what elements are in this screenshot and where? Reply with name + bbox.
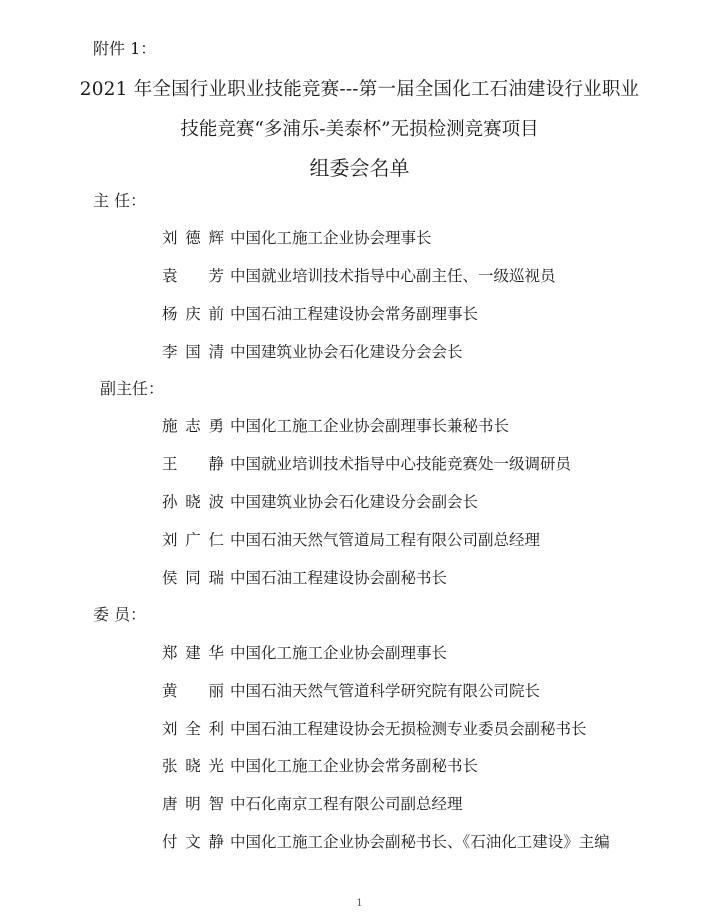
member-name: 孙晓波 <box>162 490 224 512</box>
document-title-line1: 2021 年全国行业职业技能竞赛---第一届全国化工石油建设行业职业 <box>0 75 719 101</box>
member-row: 杨庆前 中国石油工程建设协会常务副理事长 <box>0 302 719 322</box>
member-title: 中国石油天然气管道科学研究院有限公司院长 <box>230 679 540 701</box>
member-title: 中国化工施工企业协会副理事长 <box>230 641 447 663</box>
member-title: 中国石油工程建设协会常务副理事长 <box>230 302 478 324</box>
member-title: 中国建筑业协会石化建设分会会长 <box>230 340 463 362</box>
member-row: 袁 芳 中国就业培训技术指导中心副主任、一级巡视员 <box>0 264 719 284</box>
member-name: 施志勇 <box>162 414 224 436</box>
member-row: 张晓光 中国化工施工企业协会常务副秘书长 <box>0 754 719 774</box>
member-row: 刘全利 中国石油工程建设协会无损检测专业委员会副秘书长 <box>0 717 719 737</box>
member-title: 中国建筑业协会石化建设分会副会长 <box>230 490 478 512</box>
member-row: 付文静 中国化工施工企业协会副秘书长、《石油化工建设》主编 <box>0 830 719 850</box>
member-title: 中国石油工程建设协会无损检测专业委员会副秘书长 <box>230 717 587 739</box>
member-row: 唐明智 中石化南京工程有限公司副总经理 <box>0 792 719 812</box>
member-title: 中国化工施工企业协会理事长 <box>230 226 432 248</box>
document-subtitle: 组委会名单 <box>0 152 719 181</box>
member-title: 中国化工施工企业协会副理事长兼秘书长 <box>230 414 509 436</box>
section-label-deputy-director: 副主任： <box>100 376 164 399</box>
member-title: 中国就业培训技术指导中心副主任、一级巡视员 <box>230 264 556 286</box>
section-label-director: 主 任： <box>93 188 146 211</box>
member-row: 孙晓波 中国建筑业协会石化建设分会副会长 <box>0 490 719 510</box>
member-name: 李国清 <box>162 340 224 362</box>
member-name: 郑建华 <box>162 641 224 663</box>
member-row: 侯同瑞 中国石油工程建设协会副秘书长 <box>0 566 719 586</box>
member-name: 张晓光 <box>162 754 224 776</box>
member-title: 中国石油工程建设协会副秘书长 <box>230 566 447 588</box>
member-title: 中国化工施工企业协会常务副秘书长 <box>230 754 478 776</box>
member-name: 唐明智 <box>162 792 224 814</box>
member-title: 中国就业培训技术指导中心技能竞赛处一级调研员 <box>230 452 571 474</box>
member-name: 侯同瑞 <box>162 566 224 588</box>
member-row: 王 静 中国就业培训技术指导中心技能竞赛处一级调研员 <box>0 452 719 472</box>
member-row: 黄 丽 中国石油天然气管道科学研究院有限公司院长 <box>0 679 719 699</box>
member-row: 李国清 中国建筑业协会石化建设分会会长 <box>0 340 719 360</box>
member-title: 中石化南京工程有限公司副总经理 <box>230 792 463 814</box>
member-name: 刘德辉 <box>162 226 224 248</box>
member-title: 中国石油天然气管道局工程有限公司副总经理 <box>230 528 540 550</box>
member-row: 刘德辉 中国化工施工企业协会理事长 <box>0 226 719 246</box>
member-name: 袁 芳 <box>162 264 224 286</box>
member-name: 杨庆前 <box>162 302 224 324</box>
member-name: 王 静 <box>162 452 224 474</box>
member-name: 付文静 <box>162 830 224 852</box>
member-row: 郑建华 中国化工施工企业协会副理事长 <box>0 641 719 661</box>
member-row: 施志勇 中国化工施工企业协会副理事长兼秘书长 <box>0 414 719 434</box>
member-title: 中国化工施工企业协会副秘书长、《石油化工建设》主编 <box>230 830 610 852</box>
page-number: 1 <box>0 898 719 909</box>
attachment-label: 附件 1： <box>93 36 156 59</box>
member-name: 刘全利 <box>162 717 224 739</box>
member-name: 刘广仁 <box>162 528 224 550</box>
section-label-members: 委 员： <box>93 602 146 625</box>
document-title-line2: 技能竞赛“多浦乐-美泰杯”无损检测竞赛项目 <box>0 115 719 141</box>
member-name: 黄 丽 <box>162 679 224 701</box>
member-row: 刘广仁 中国石油天然气管道局工程有限公司副总经理 <box>0 528 719 548</box>
